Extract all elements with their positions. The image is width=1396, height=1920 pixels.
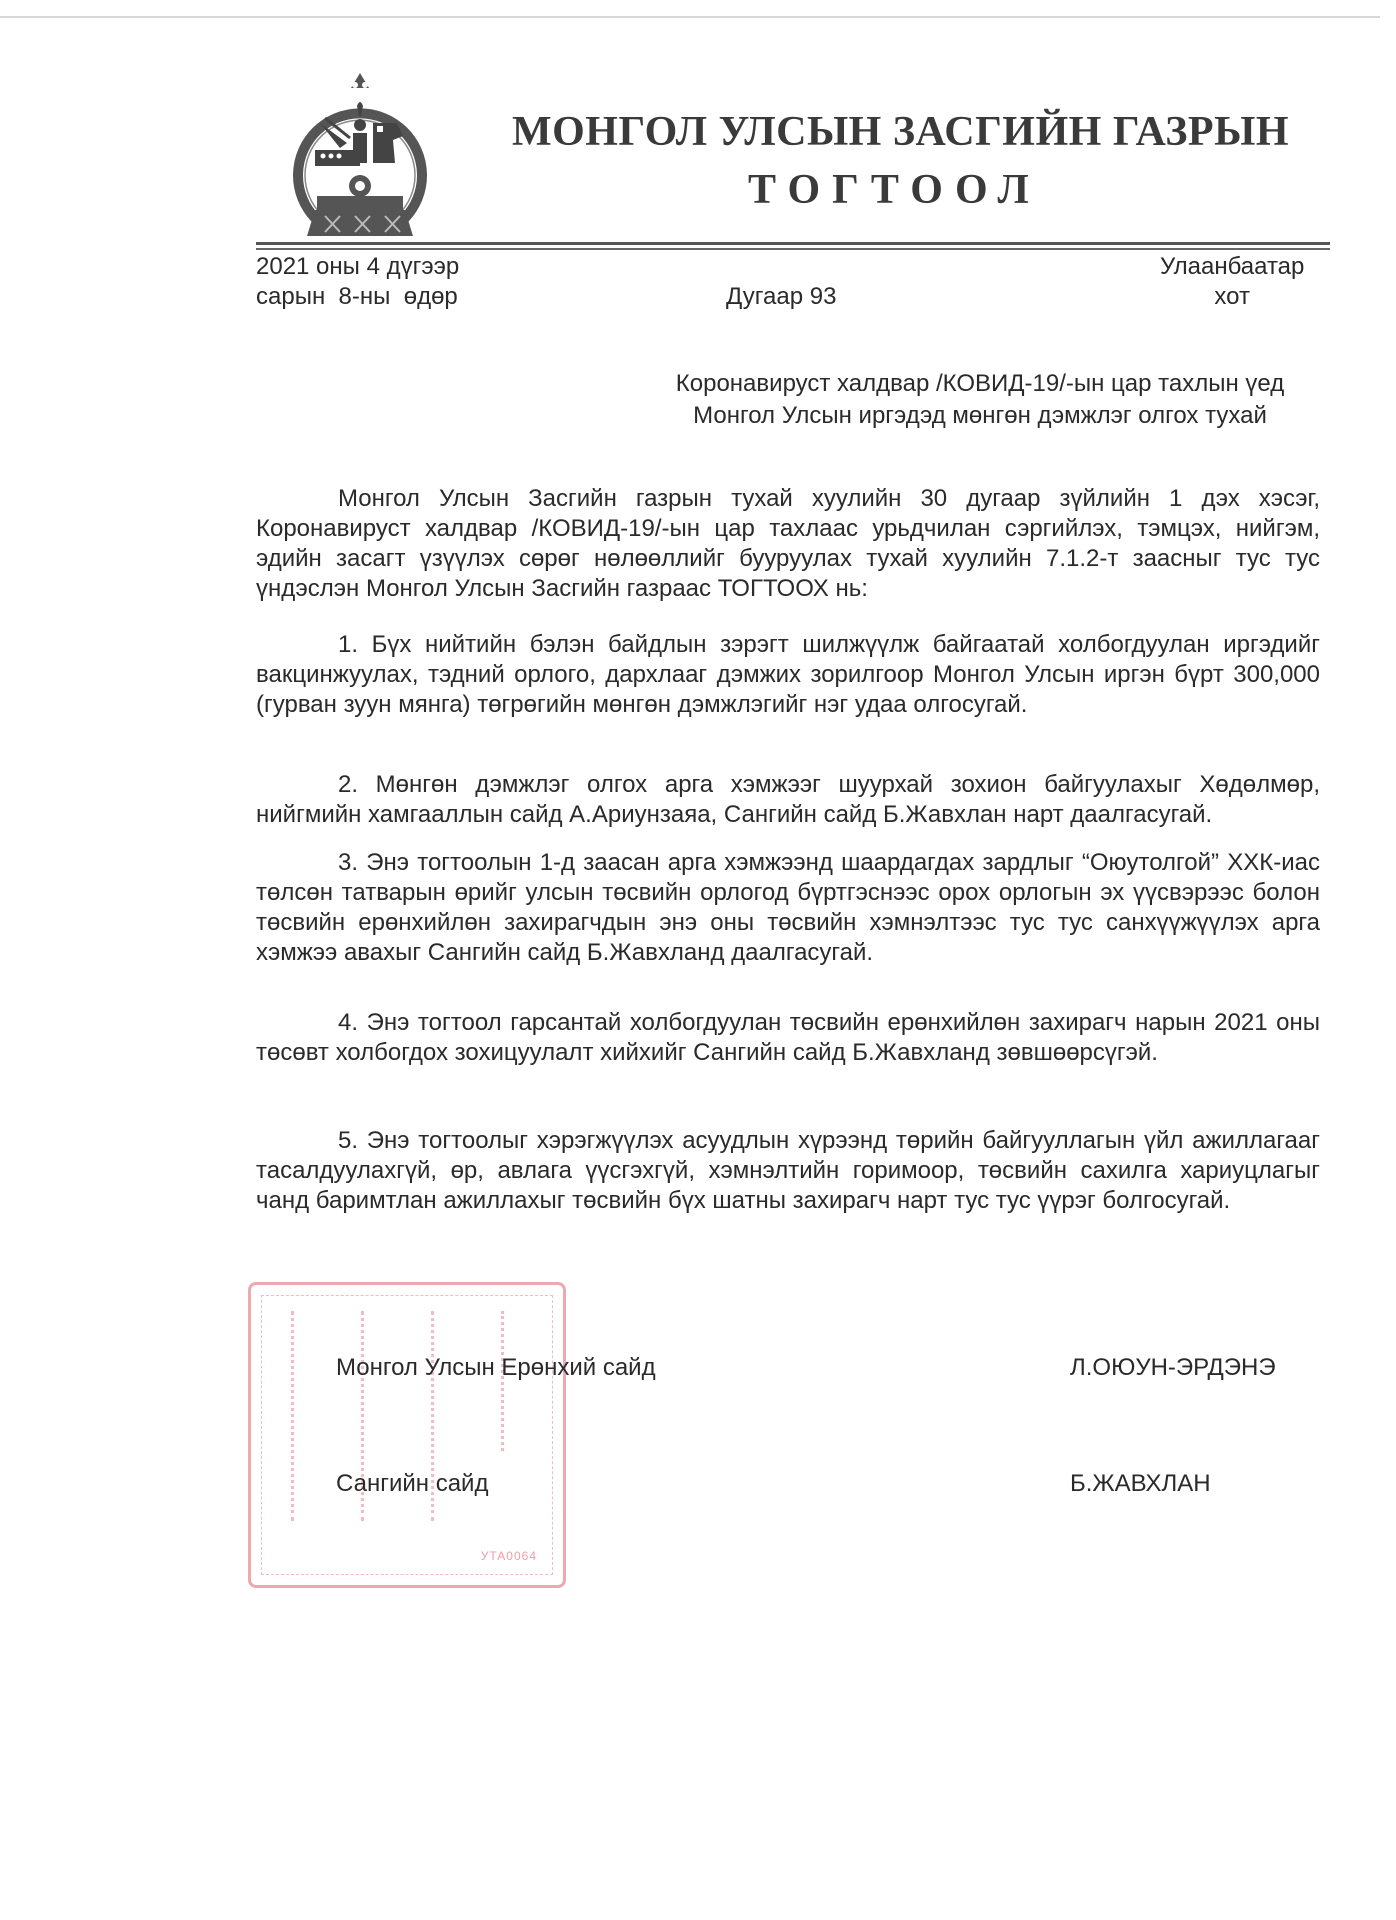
signatory-name-prime-minister: Л.ОЮУН-ЭРДЭНЭ bbox=[1070, 1354, 1276, 1382]
seal-script-column bbox=[291, 1311, 320, 1521]
subject-line-1: Коронавируст халдвар /КОВИД-19/-ын цар т… bbox=[640, 368, 1320, 400]
document-subject: Коронавируст халдвар /КОВИД-19/-ын цар т… bbox=[640, 368, 1320, 432]
item-text: 2. Мөнгөн дэмжлэг олгох арга хэмжээг шуу… bbox=[256, 771, 1320, 828]
city-line-2: хот bbox=[1160, 282, 1304, 312]
item-text: 3. Энэ тогтоолын 1-д заасан арга хэмжээн… bbox=[256, 849, 1320, 966]
item-text: 5. Энэ тогтоолыг хэрэгжүүлэх асуудлын хү… bbox=[256, 1127, 1320, 1214]
seal-code: УТА0064 bbox=[481, 1549, 537, 1563]
resolution-item-1: 1. Бүх нийтийн бэлэн байдлын зэрэгт шилж… bbox=[256, 630, 1320, 720]
document-type-title: ТОГТООЛ bbox=[748, 166, 1041, 214]
date-line-2: сарын 8-ны өдөр bbox=[256, 282, 459, 312]
city-line-1: Улаанбаатар bbox=[1160, 252, 1304, 282]
preamble-paragraph: Монгол Улсын Засгийн газрын тухай хуулий… bbox=[256, 484, 1320, 604]
resolution-item-2: 2. Мөнгөн дэмжлэг олгох арга хэмжээг шуу… bbox=[256, 770, 1320, 830]
signatory-role-finance-minister: Сангийн сайд bbox=[336, 1470, 488, 1498]
preamble-text: Монгол Улсын Засгийн газрын тухай хуулий… bbox=[256, 485, 1320, 602]
document-city: Улаанбаатар хот bbox=[1160, 252, 1304, 312]
state-emblem-icon bbox=[285, 68, 435, 238]
resolution-item-5: 5. Энэ тогтоолыг хэрэгжүүлэх асуудлын хү… bbox=[256, 1126, 1320, 1216]
resolution-item-3: 3. Энэ тогтоолын 1-д заасан арга хэмжээн… bbox=[256, 848, 1320, 968]
scan-edge-line bbox=[0, 16, 1380, 18]
item-text: 4. Энэ тогтоол гарсантай холбогдуулан тө… bbox=[256, 1009, 1320, 1066]
resolution-item-4: 4. Энэ тогтоол гарсантай холбогдуулан тө… bbox=[256, 1008, 1320, 1068]
signatory-role-prime-minister: Монгол Улсын Ерөнхий сайд bbox=[336, 1354, 656, 1382]
official-seal-stamp: УТА0064 bbox=[248, 1282, 566, 1588]
header-divider-secondary bbox=[256, 248, 1330, 250]
document-date: 2021 оны 4 дүгээр сарын 8-ны өдөр bbox=[256, 252, 459, 312]
document-header-title: МОНГОЛ УЛСЫН ЗАСГИЙН ГАЗРЫН bbox=[512, 108, 1272, 156]
subject-line-2: Монгол Улсын иргэдэд мөнгөн дэмжлэг олго… bbox=[640, 400, 1320, 432]
date-line-1: 2021 оны 4 дүгээр bbox=[256, 252, 459, 282]
item-text: 1. Бүх нийтийн бэлэн байдлын зэрэгт шилж… bbox=[256, 631, 1320, 718]
signatory-name-finance-minister: Б.ЖАВХЛАН bbox=[1070, 1470, 1211, 1498]
header-divider bbox=[256, 242, 1330, 245]
document-number: Дугаар 93 bbox=[726, 282, 836, 312]
